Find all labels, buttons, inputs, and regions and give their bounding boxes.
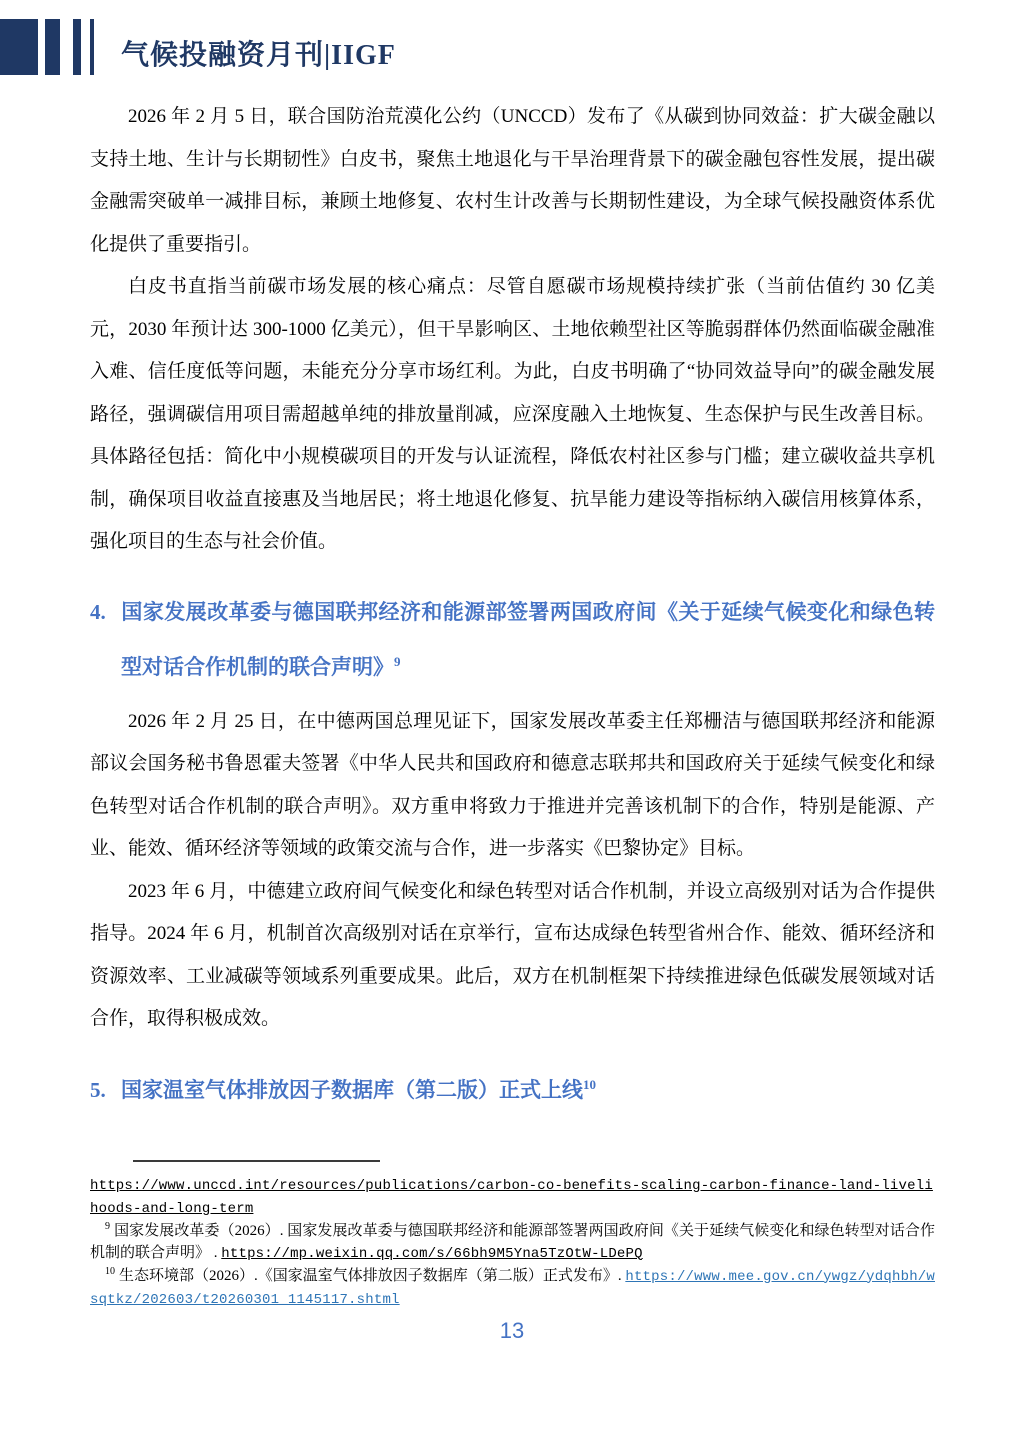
- footnote-ref-10: 10: [583, 1077, 596, 1092]
- section-title: 国家温室气体排放因子数据库（第二版）正式上线: [121, 1078, 583, 1102]
- footnote-link-weixin[interactable]: https://mp.weixin.qq.com/s/66bh9M5Yna5Tz…: [221, 1246, 642, 1262]
- page-number: 13: [0, 1318, 1024, 1344]
- page-header: 气候投融资月刊|IIGF: [0, 0, 1024, 100]
- iigf-logo-icon: [0, 19, 94, 75]
- footnotes-section: https://www.unccd.int/resources/publicat…: [90, 1152, 935, 1311]
- logo-bar-1: [0, 19, 38, 75]
- section-number: 4.: [90, 585, 121, 640]
- document-page: 气候投融资月刊|IIGF 2026 年 2 月 5 日，联合国防治荒漠化公约（U…: [0, 0, 1024, 1448]
- body-paragraph-4: 2023 年 6 月，中德建立政府间气候变化和绿色转型对话合作机制，并设立高级别…: [90, 871, 935, 1041]
- document-body: 2026 年 2 月 5 日，联合国防治荒漠化公约（UNCCD）发布了《从碳到协…: [90, 96, 935, 1118]
- footnote-ref-9: 9: [394, 654, 401, 669]
- body-paragraph-1: 2026 年 2 月 5 日，联合国防治荒漠化公约（UNCCD）发布了《从碳到协…: [90, 96, 935, 266]
- footnote-marker: 10: [105, 1266, 115, 1277]
- logo-bar-4: [90, 19, 94, 75]
- footnote-separator: [133, 1160, 380, 1162]
- body-paragraph-2: 白皮书直指当前碳市场发展的核心痛点：尽管自愿碳市场规模持续扩张（当前估值约 30…: [90, 266, 935, 564]
- section-heading-5: 5.国家温室气体排放因子数据库（第二版）正式上线10: [90, 1063, 935, 1118]
- footnote-9: 9国家发展改革委（2026）. 国家发展改革委与德国联邦经济和能源部签署两国政府…: [90, 1220, 935, 1265]
- footnote-text: 生态环境部（2026）.《国家温室气体排放因子数据库（第二版）正式发布》.: [119, 1268, 625, 1284]
- body-paragraph-3: 2026 年 2 月 25 日，在中德两国总理见证下，国家发展改革委主任郑栅洁与…: [90, 701, 935, 871]
- logo-bar-3: [73, 19, 81, 75]
- section-heading-4: 4.国家发展改革委与德国联邦经济和能源部签署两国政府间《关于延续气候变化和绿色转…: [90, 585, 935, 695]
- masthead-title: 气候投融资月刊|IIGF: [121, 33, 396, 73]
- section-number: 5.: [90, 1063, 121, 1118]
- section-title: 国家发展改革委与德国联邦经济和能源部签署两国政府间《关于延续气候变化和绿色转型对…: [121, 600, 935, 679]
- footnote-continued: https://www.unccd.int/resources/publicat…: [90, 1174, 935, 1220]
- logo-bar-2: [45, 19, 60, 75]
- footnote-10: 10生态环境部（2026）.《国家温室气体排放因子数据库（第二版）正式发布》. …: [90, 1265, 935, 1311]
- footnote-link-unccd[interactable]: https://www.unccd.int/resources/publicat…: [90, 1178, 933, 1217]
- footnote-marker: 9: [105, 1221, 110, 1232]
